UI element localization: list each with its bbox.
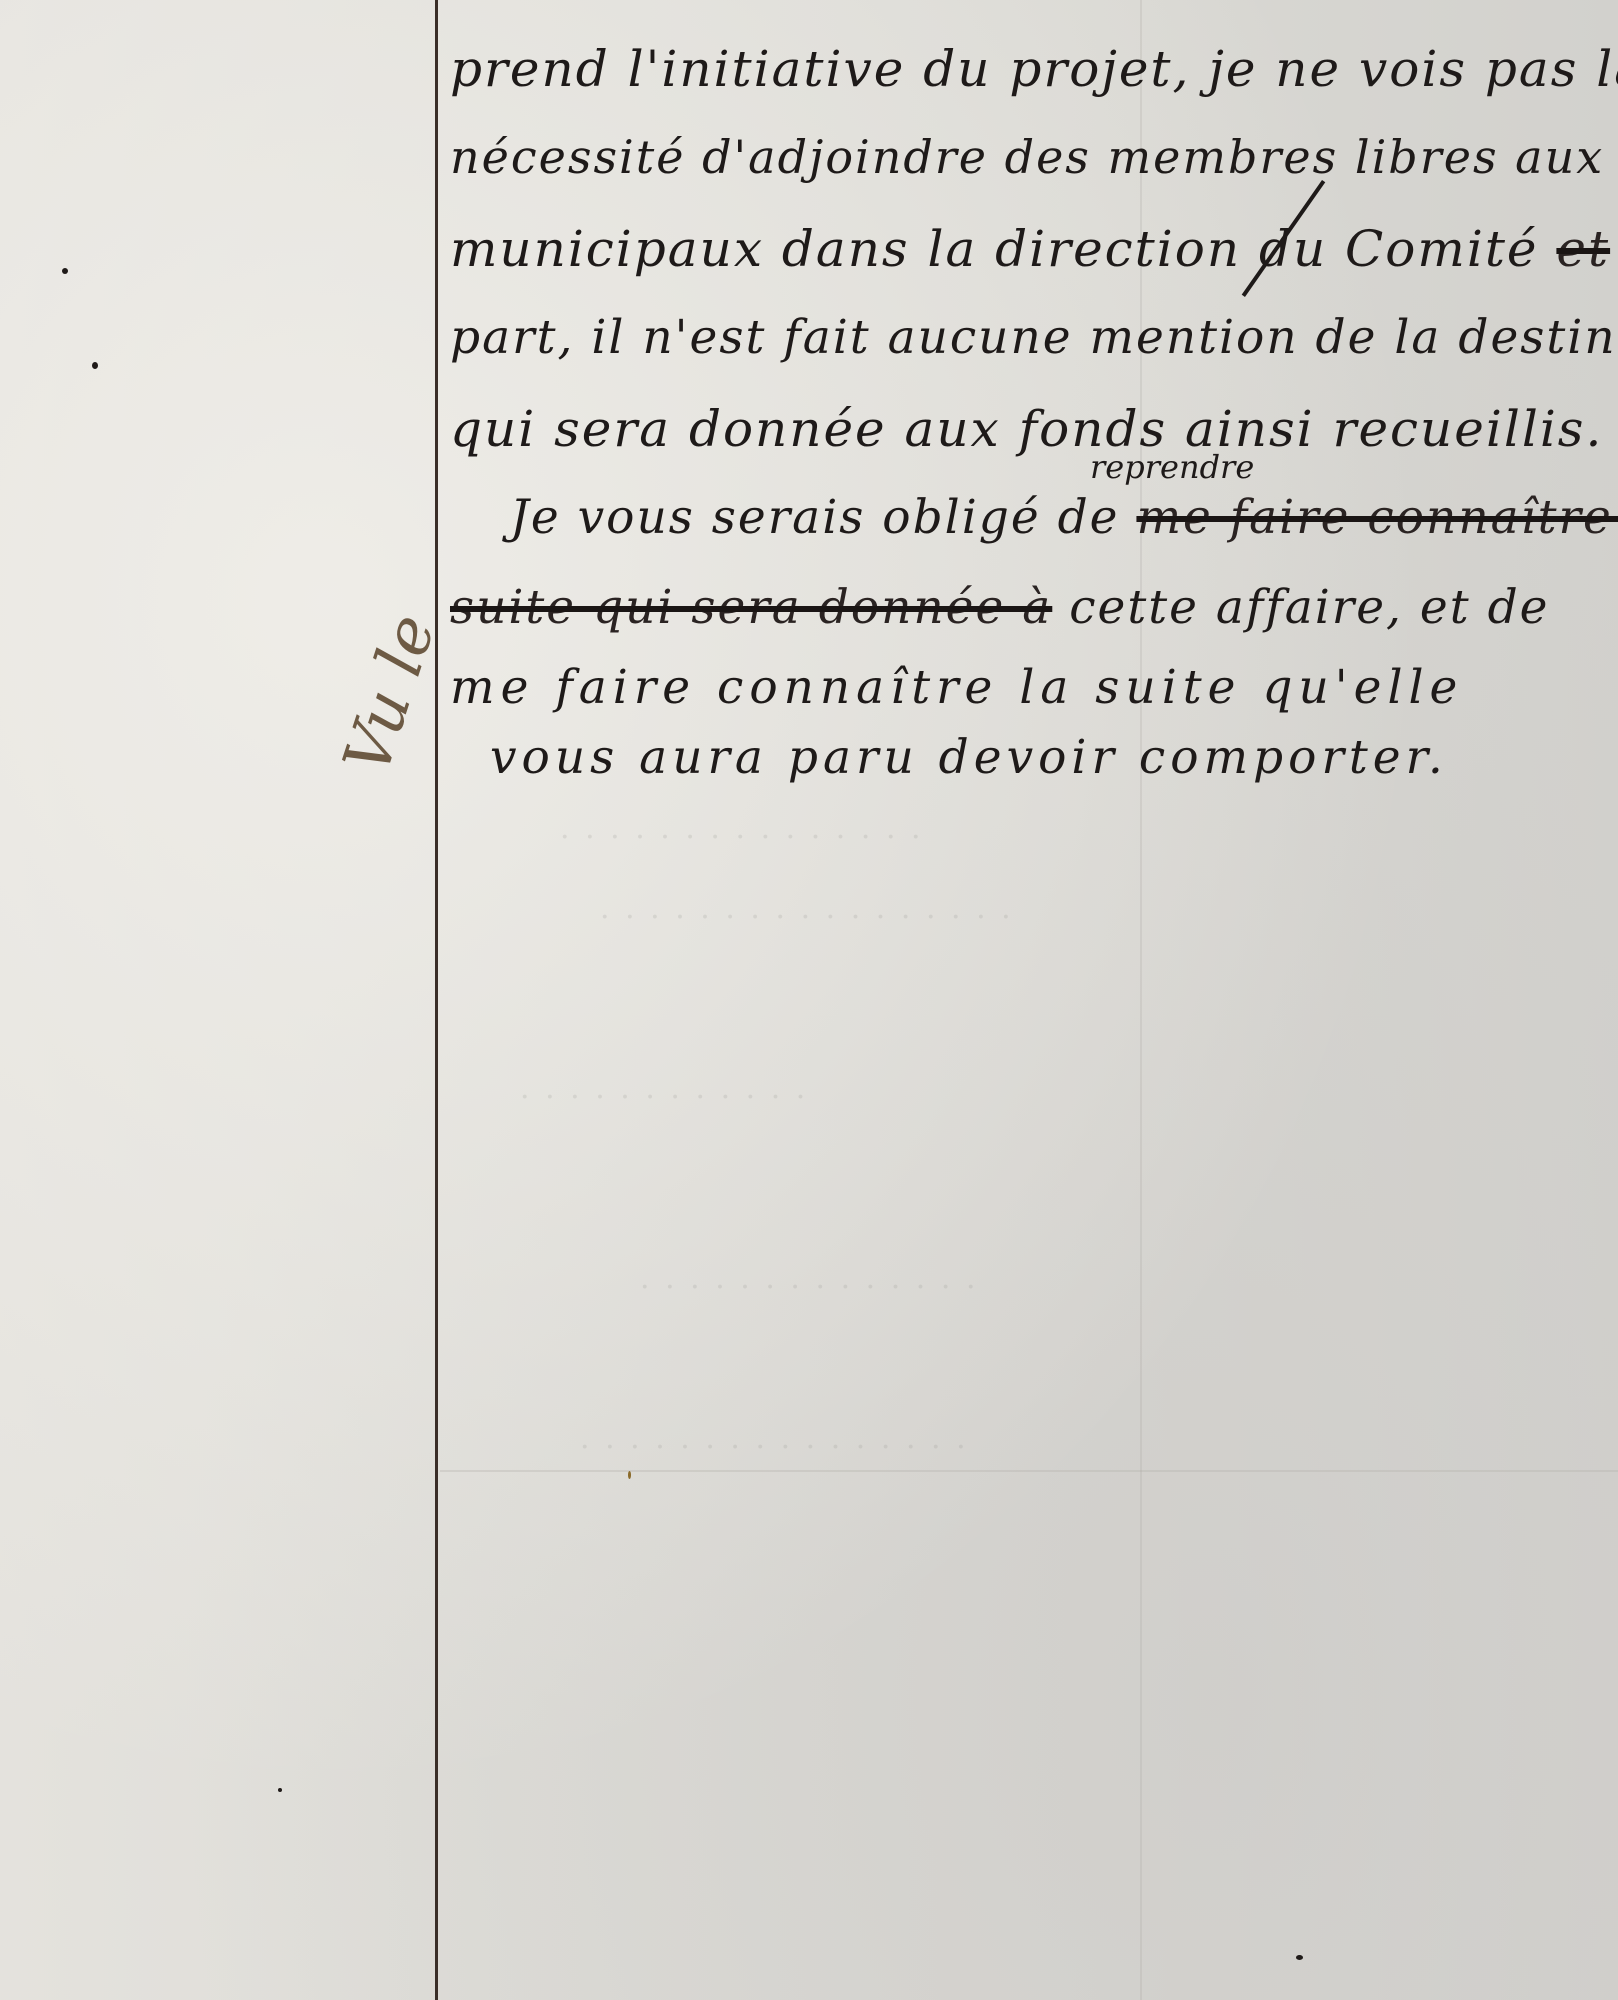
line-text: municipaux dans la direction du Comité <box>450 220 1539 278</box>
bleed-through-text: · · · · · · · · · · · · <box>520 1080 808 1115</box>
line-text: nécessité d'adjoindre des membres libres… <box>450 130 1618 184</box>
margin-rule <box>435 0 438 2000</box>
paper-fold <box>440 1470 1618 1472</box>
bleed-through-text: · · · · · · · · · · · · · · · · <box>580 1430 969 1465</box>
line-text: cette affaire, et de <box>1069 580 1549 635</box>
line-text: qui sera donnée aux fonds ainsi recueill… <box>450 400 1603 458</box>
ink-speck <box>278 1788 282 1792</box>
struck-text: suite qui sera donnée à <box>450 580 1052 635</box>
bleed-through-text: · · · · · · · · · · · · · · · · · <box>600 900 1014 935</box>
ink-speck <box>62 268 68 274</box>
line-text: vous aura paru devoir comporter. <box>490 730 1448 785</box>
letter-line-9: vous aura paru devoir comporter. <box>490 730 1448 785</box>
paper-fold <box>1140 0 1142 2000</box>
insertion-text: reprendre <box>1090 448 1254 486</box>
paper-background <box>0 0 1618 2000</box>
bleed-through-text: · · · · · · · · · · · · · · <box>640 1270 978 1305</box>
struck-text: et <box>1556 220 1610 278</box>
line-text: me faire connaître la suite qu'elle <box>450 660 1463 715</box>
letter-line-5: qui sera donnée aux fonds ainsi recueill… <box>450 400 1603 458</box>
ink-speck <box>92 362 98 369</box>
letter-line-7: suite qui sera donnée à cette affaire, e… <box>450 580 1549 635</box>
ink-speck <box>1296 1955 1303 1960</box>
letter-line-3: municipaux dans la direction du Comité e… <box>450 220 1618 278</box>
letter-line-1: prend l'initiative du projet, je ne vois… <box>450 40 1618 98</box>
line-text: part, il n'est fait aucune mention de la… <box>450 310 1618 365</box>
letter-line-4: part, il n'est fait aucune mention de la… <box>450 310 1618 365</box>
letter-line-8: me faire connaître la suite qu'elle <box>450 660 1463 715</box>
line-text: Je vous serais obligé de <box>510 490 1119 545</box>
letter-line-2: nécessité d'adjoindre des membres libres… <box>450 130 1618 184</box>
bleed-through-text: · · · · · · · · · · · · · · · <box>560 820 924 855</box>
line-text: prend l'initiative du projet, je ne vois… <box>450 40 1618 98</box>
letter-line-6: Je vous serais obligé de me faire connaî… <box>510 490 1618 545</box>
struck-text: me faire connaître la <box>1136 490 1618 545</box>
ink-speck <box>628 1471 631 1479</box>
